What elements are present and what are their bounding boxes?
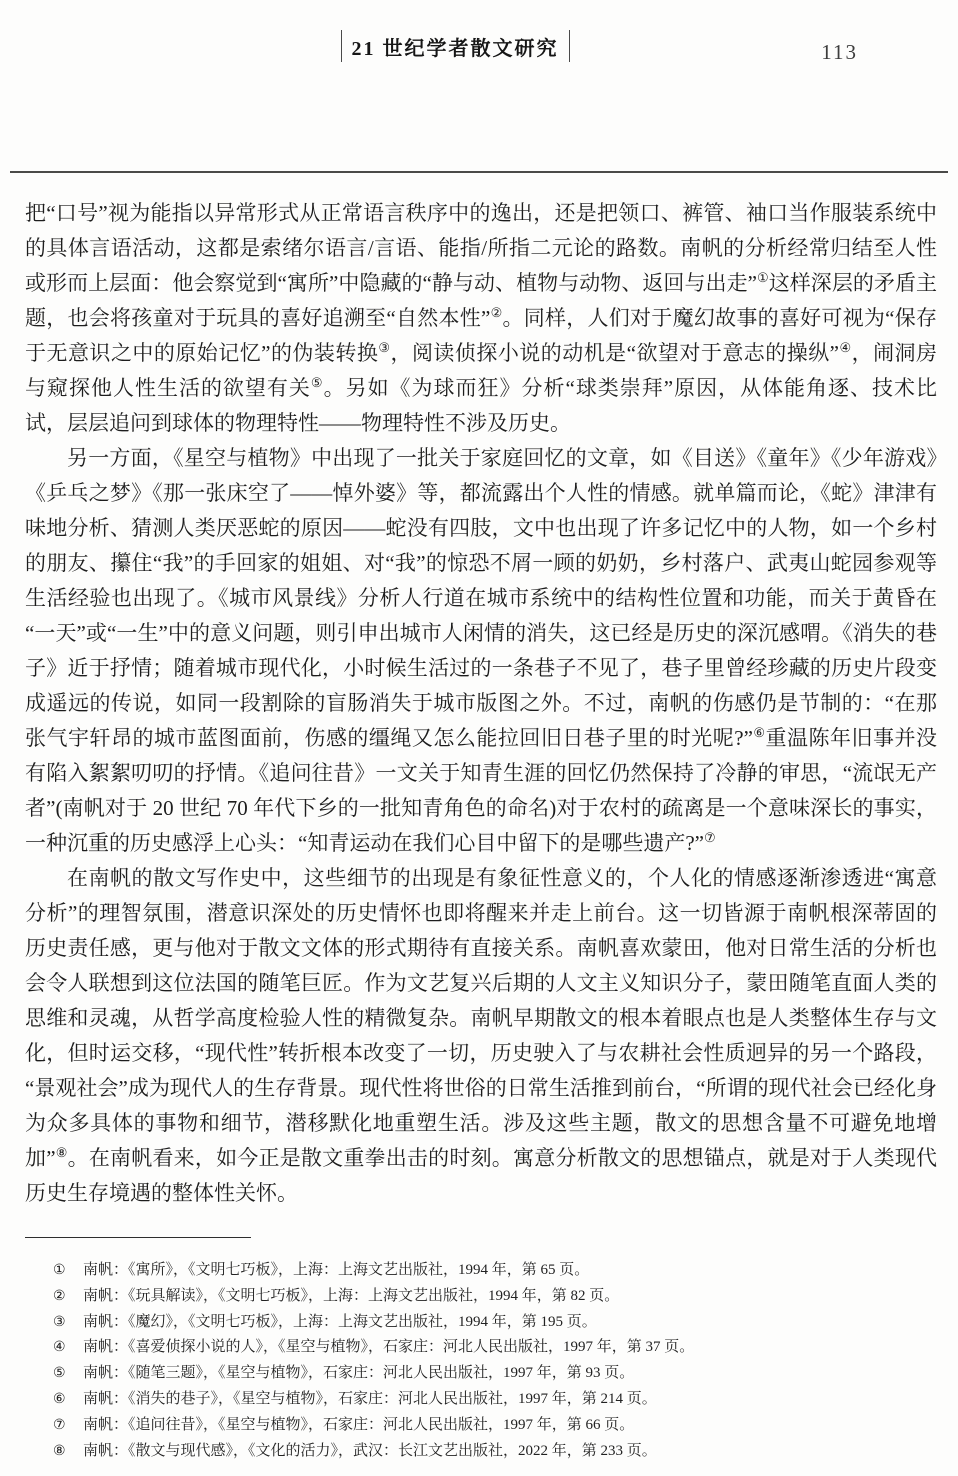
footnote-item: ④南帆：《喜爱侦探小说的人》，《星空与植物》，石家庄：河北人民出版社，1997 … bbox=[25, 1335, 935, 1361]
paragraph: 另一方面，《星空与植物》中出现了一批关于家庭回忆的文章，如《目送》《童年》《少年… bbox=[25, 441, 937, 861]
footnote-text: 南帆：《魔幻》，《文明七巧板》，上海：上海文艺出版社，1994 年，第 195 … bbox=[83, 1310, 935, 1336]
footnote-ref: ⑤ bbox=[311, 375, 324, 390]
footnote-ref: ① bbox=[757, 270, 769, 285]
footnote-marker: ⑧ bbox=[53, 1439, 83, 1465]
footnotes-list: ①南帆：《寓所》，《文明七巧板》，上海：上海文艺出版社，1994 年，第 65 … bbox=[25, 1258, 935, 1464]
footnote-marker: ① bbox=[53, 1258, 83, 1284]
footnote-ref: ④ bbox=[839, 340, 852, 355]
running-head-title-wrap: 21 世纪学者散文研究 bbox=[341, 30, 570, 62]
page-title: 21 世纪学者散文研究 bbox=[352, 32, 559, 61]
footnote-item: ⑤南帆：《随笔三题》，《星空与植物》，石家庄：河北人民出版社，1997 年，第 … bbox=[25, 1361, 935, 1387]
header-rule bbox=[10, 171, 948, 173]
running-head: 21 世纪学者散文研究 bbox=[0, 30, 958, 67]
footnote-item: ⑦南帆：《追问往昔》，《星空与植物》，石家庄：河北人民出版社，1997 年，第 … bbox=[25, 1413, 935, 1439]
paragraph: 把“口号”视为能指以异常形式从正常语言秩序中的逸出，还是把领口、裤管、袖口当作服… bbox=[25, 196, 937, 441]
footnote-ref: ③ bbox=[378, 340, 390, 355]
journal-page: 21 世纪学者散文研究 113 把“口号”视为能指以异常形式从正常语言秩序中的逸… bbox=[0, 0, 958, 1476]
footnote-text: 南帆：《玩具解读》，《文明七巧板》，上海：上海文艺出版社，1994 年，第 82… bbox=[83, 1284, 935, 1310]
paragraph: 在南帆的散文写作史中，这些细节的出现是有象征性意义的，个人化的情感逐渐渗透进“寓… bbox=[25, 861, 937, 1211]
footnote-text: 南帆：《散文与现代感》，《文化的活力》，武汉：长江文艺出版社，2022 年，第 … bbox=[83, 1439, 935, 1465]
article-body: 把“口号”视为能指以异常形式从正常语言秩序中的逸出，还是把领口、裤管、袖口当作服… bbox=[25, 196, 937, 1211]
footnote-text: 南帆：《喜爱侦探小说的人》，《星空与植物》，石家庄：河北人民出版社，1997 年… bbox=[83, 1335, 935, 1361]
footnote-marker: ⑤ bbox=[53, 1361, 83, 1387]
footnote-text: 南帆：《随笔三题》，《星空与植物》，石家庄：河北人民出版社，1997 年，第 9… bbox=[83, 1361, 935, 1387]
footnote-item: ①南帆：《寓所》，《文明七巧板》，上海：上海文艺出版社，1994 年，第 65 … bbox=[25, 1258, 935, 1284]
footnote-marker: ⑥ bbox=[53, 1387, 83, 1413]
footnote-marker: ④ bbox=[53, 1335, 83, 1361]
title-left-bar bbox=[341, 30, 342, 62]
footnote-ref: ② bbox=[490, 305, 502, 320]
page-number: 113 bbox=[821, 40, 858, 65]
footnote-item: ⑧南帆：《散文与现代感》，《文化的活力》，武汉：长江文艺出版社，2022 年，第… bbox=[25, 1439, 935, 1465]
footnote-marker: ③ bbox=[53, 1310, 83, 1336]
footnote-ref: ⑥ bbox=[753, 725, 766, 740]
footnote-item: ③南帆：《魔幻》，《文明七巧板》，上海：上海文艺出版社，1994 年，第 195… bbox=[25, 1310, 935, 1336]
footnote-marker: ② bbox=[53, 1284, 83, 1310]
footnote-ref: ⑧ bbox=[56, 1145, 68, 1160]
title-right-bar bbox=[569, 30, 570, 62]
footnote-marker: ⑦ bbox=[53, 1413, 83, 1439]
footnote-ref: ⑦ bbox=[704, 830, 716, 845]
footnote-separator bbox=[25, 1237, 251, 1238]
footnote-text: 南帆：《寓所》，《文明七巧板》，上海：上海文艺出版社，1994 年，第 65 页… bbox=[83, 1258, 935, 1284]
footnote-text: 南帆：《消失的巷子》，《星空与植物》，石家庄：河北人民出版社，1997 年，第 … bbox=[83, 1387, 935, 1413]
footnote-text: 南帆：《追问往昔》，《星空与植物》，石家庄：河北人民出版社，1997 年，第 6… bbox=[83, 1413, 935, 1439]
footnote-item: ②南帆：《玩具解读》，《文明七巧板》，上海：上海文艺出版社，1994 年，第 8… bbox=[25, 1284, 935, 1310]
footnote-item: ⑥南帆：《消失的巷子》，《星空与植物》，石家庄：河北人民出版社，1997 年，第… bbox=[25, 1387, 935, 1413]
